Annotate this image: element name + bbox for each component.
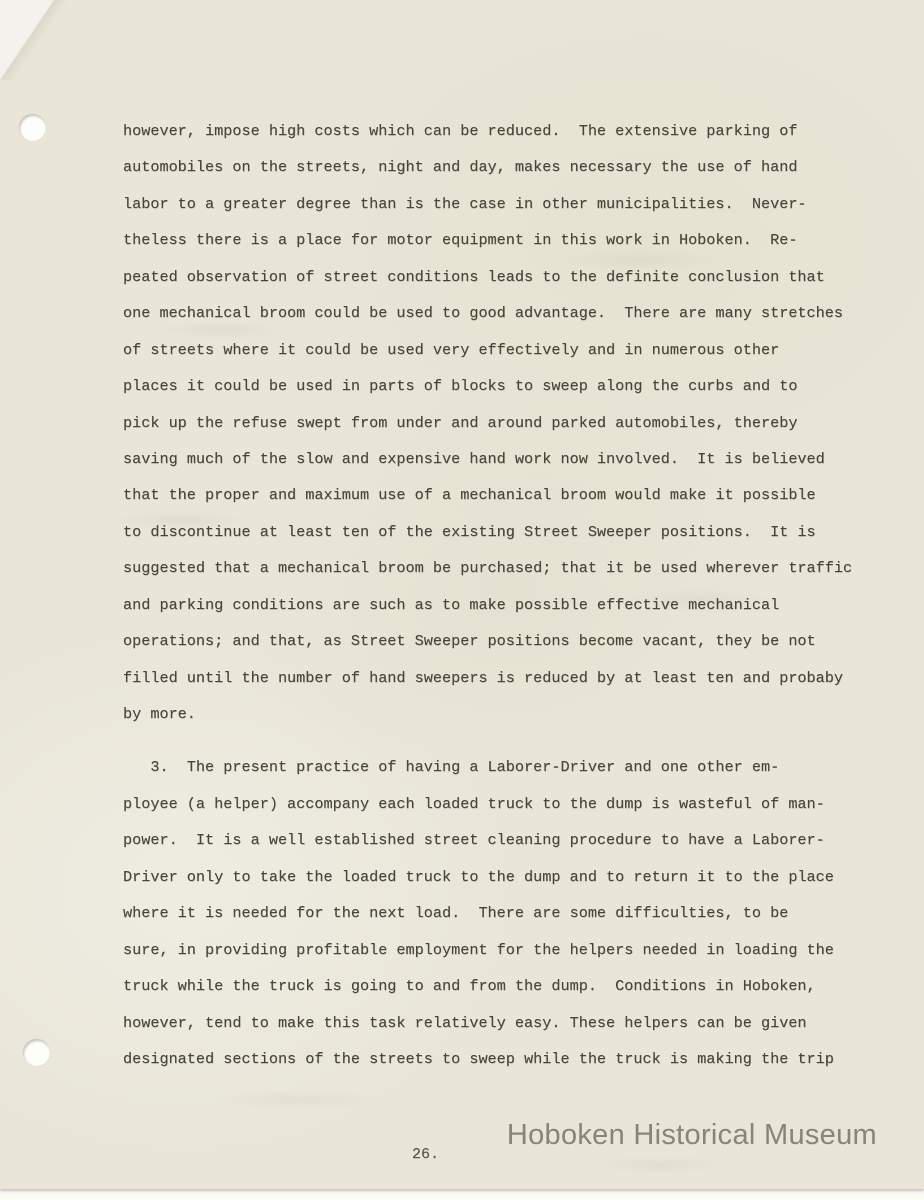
hole-punch-top <box>19 114 46 141</box>
text-line: however, tend to make this task relative… <box>123 1005 883 1041</box>
text-line: places it could be used in parts of bloc… <box>123 368 883 404</box>
text-line: saving much of the slow and expensive ha… <box>123 441 883 477</box>
text-line: 3. The present practice of having a Labo… <box>123 749 883 785</box>
text-line: automobiles on the streets, night and da… <box>123 149 883 185</box>
text-line: however, impose high costs which can be … <box>123 113 883 149</box>
text-line: designated sections of the streets to sw… <box>123 1041 883 1077</box>
text-line: power. It is a well established street c… <box>123 822 883 858</box>
text-line: and parking conditions are such as to ma… <box>123 587 883 623</box>
text-line: ployee (a helper) accompany each loaded … <box>123 786 883 822</box>
text-line: one mechanical broom could be used to go… <box>123 295 883 331</box>
paper-sheet: however, impose high costs which can be … <box>0 0 924 1189</box>
text-line: sure, in providing profitable employment… <box>123 932 883 968</box>
text-line: Driver only to take the loaded truck to … <box>123 859 883 895</box>
typed-text-body: however, impose high costs which can be … <box>123 113 883 1077</box>
text-line: that the proper and maximum use of a mec… <box>123 477 883 513</box>
text-line: theless there is a place for motor equip… <box>123 222 883 258</box>
paragraph: 3. The present practice of having a Labo… <box>123 749 883 1077</box>
text-line: to discontinue at least ten of the exist… <box>123 514 883 550</box>
text-line: truck while the truck is going to and fr… <box>123 968 883 1004</box>
text-line: operations; and that, as Street Sweeper … <box>123 623 883 659</box>
scanned-document: however, impose high costs which can be … <box>0 0 924 1200</box>
text-line: labor to a greater degree than is the ca… <box>123 186 883 222</box>
paragraph: however, impose high costs which can be … <box>123 113 883 732</box>
page-number: 26. <box>412 1146 439 1163</box>
text-line: where it is needed for the next load. Th… <box>123 895 883 931</box>
text-line: of streets where it could be used very e… <box>123 332 883 368</box>
hole-punch-bottom <box>23 1039 50 1066</box>
text-line: by more. <box>123 696 883 732</box>
text-line: pick up the refuse swept from under and … <box>123 405 883 441</box>
text-line: suggested that a mechanical broom be pur… <box>123 550 883 586</box>
watermark-label: Hoboken Historical Museum <box>507 1119 877 1152</box>
text-line: filled until the number of hand sweepers… <box>123 660 883 696</box>
text-line: peated observation of street conditions … <box>123 259 883 295</box>
